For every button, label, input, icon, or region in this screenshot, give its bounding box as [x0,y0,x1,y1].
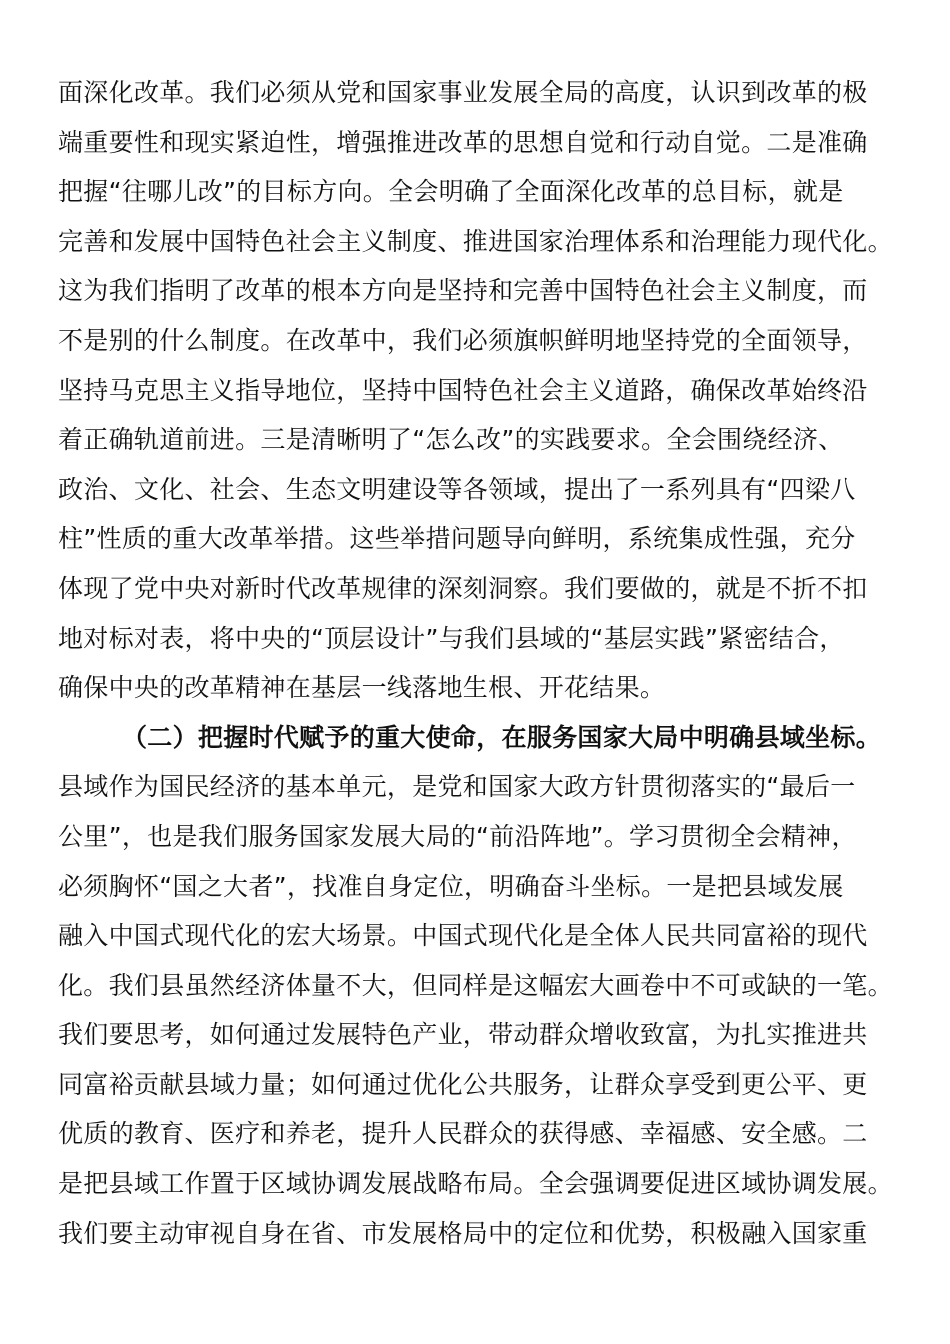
document-body: 面深化改革。我们必须从党和国家事业发展全局的高度，认识到改革的极 端重要性和现实… [58,68,900,1258]
body-text-line: 公里”，也是我们服务国家发展大局的“前沿阵地”。学习贯彻全会精神， [58,812,900,862]
section-heading: （二）把握时代赋予的重大使命，在服务国家大局中明确县域坐标。 [58,713,900,763]
body-text-line: 地对标对表，将中央的“顶层设计”与我们县域的“基层实践”紧密结合， [58,614,900,664]
document-page: 面深化改革。我们必须从党和国家事业发展全局的高度，认识到改革的极 端重要性和现实… [0,0,950,1344]
body-text-line: 这为我们指明了改革的根本方向是坚持和完善中国特色社会主义制度，而 [58,266,900,316]
body-text-line: 政治、文化、社会、生态文明建设等各领域，提出了一系列具有“四梁八 [58,465,900,515]
body-text-line: 县域作为国民经济的基本单元，是党和国家大政方针贯彻落实的“最后一 [58,762,900,812]
body-text-line: 必须胸怀“国之大者”，找准自身定位，明确奋斗坐标。一是把县域发展 [58,862,900,912]
body-text-line: 我们要思考，如何通过发展特色产业，带动群众增收致富，为扎实推进共 [58,1010,900,1060]
body-text-line: 优质的教育、医疗和养老，提升人民群众的获得感、幸福感、安全感。二 [58,1109,900,1159]
body-text-line: 体现了党中央对新时代改革规律的深刻洞察。我们要做的，就是不折不扣 [58,564,900,614]
body-text-line: 面深化改革。我们必须从党和国家事业发展全局的高度，认识到改革的极 [58,68,900,118]
body-text-line: 完善和发展中国特色社会主义制度、推进国家治理体系和治理能力现代化。 [58,217,900,267]
body-text-line: 我们要主动审视自身在省、市发展格局中的定位和优势，积极融入国家重 [58,1209,900,1259]
body-text-line: 端重要性和现实紧迫性，增强推进改革的思想自觉和行动自觉。二是准确 [58,118,900,168]
body-text-line: 是把县域工作置于区域协调发展战略布局。全会强调要促进区域协调发展。 [58,1159,900,1209]
body-text-line: 柱”性质的重大改革举措。这些举措问题导向鲜明，系统集成性强，充分 [58,514,900,564]
body-text-line: 把握“往哪儿改”的目标方向。全会明确了全面深化改革的总目标，就是 [58,167,900,217]
body-text-line: 化。我们县虽然经济体量不大，但同样是这幅宏大画卷中不可或缺的一笔。 [58,961,900,1011]
body-text-line: 确保中央的改革精神在基层一线落地生根、开花结果。 [58,663,900,713]
body-text-line: 同富裕贡献县域力量；如何通过优化公共服务，让群众享受到更公平、更 [58,1060,900,1110]
body-text-line: 不是别的什么制度。在改革中，我们必须旗帜鲜明地坚持党的全面领导， [58,316,900,366]
body-text-line: 坚持马克思主义指导地位，坚持中国特色社会主义道路，确保改革始终沿 [58,366,900,416]
body-text-line: 着正确轨道前进。三是清晰明了“怎么改”的实践要求。全会围绕经济、 [58,415,900,465]
body-text-line: 融入中国式现代化的宏大场景。中国式现代化是全体人民共同富裕的现代 [58,911,900,961]
